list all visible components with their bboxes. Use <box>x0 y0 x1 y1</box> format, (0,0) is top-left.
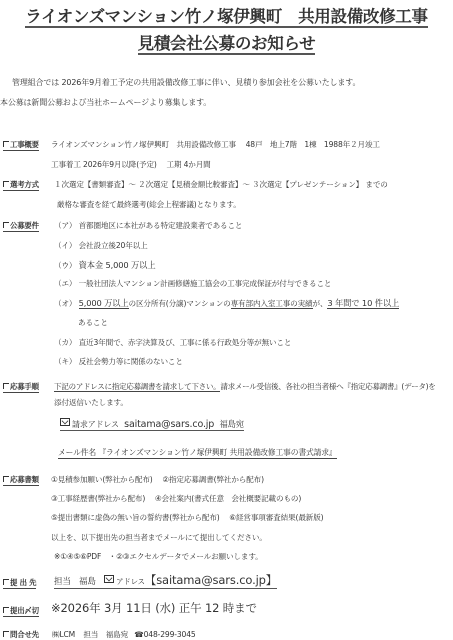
title-text-1: ライオンズマンション竹ノ塚伊興町 共用設備改修工事 <box>25 7 427 28</box>
documents-line-3: ⑤提出書類に虚偽の無い旨の誓約書(弊社から配布) ⑥経営事項審査結果(最新版) <box>51 512 323 523</box>
label-text: 問合せ先 <box>10 630 39 639</box>
label-text: 提 出 先 <box>10 578 36 587</box>
inquiry-row: ㈱LCM 担当 福島宛 ☎048-299-3045 <box>52 629 196 640</box>
checkbox-icon <box>3 607 9 613</box>
item-marker: （ア） <box>54 221 76 230</box>
selection-line-2: 厳格な審査を経て最終選考(総会上程審議)となります。 <box>57 199 241 210</box>
requirement-item: （エ） 一般社団法人マンション計画修繕施工協会の工事完成保証が付与できること <box>54 278 331 289</box>
documents-line-1: ①見積参加願い(弊社から配布) ②指定応募調書(弊社から配布) <box>51 474 264 485</box>
selection-line-1: １次選定【書類審査】～ ２次選定【見積金額比較審査】～ ３次選定【プレゼンテーシ… <box>54 179 388 190</box>
intro-line-2: 本公募は新聞公募および当社ホームページより募集します。 <box>0 97 211 108</box>
item-text: 首都圏地区に本社がある特定建設業者であること <box>79 221 243 230</box>
item-text-emphasis: 3 年間で 10 件以上 <box>327 298 399 309</box>
procedure-line-2: 添付返信いたします。 <box>54 397 128 408</box>
request-addressee: 福島宛 <box>219 419 243 429</box>
item-text: の区分所有(分譲)マンションの <box>129 299 231 308</box>
mail-subject: メール件名 『ライオンズマンション竹ノ塚伊興町 共用設備改修工事の書式請求』 <box>58 447 337 459</box>
request-address-row: 請求アドレス saitama@sars.co.jp 福島宛 <box>60 418 244 431</box>
requirement-item: （キ） 反社会勢力等に関係のないこと <box>54 356 183 367</box>
intro-line-1: 管理組合では 2026年9月着工予定の共用設備改修工事に伴い、見積り参加会社を公… <box>12 77 360 88</box>
item-marker: （カ） <box>54 338 76 347</box>
section-label-overview: 工事概要 <box>3 139 39 151</box>
section-label-deadline: 提出〆切 <box>3 605 39 617</box>
checkbox-icon <box>3 383 9 389</box>
inquiry-company: ㈱LCM <box>52 630 75 639</box>
inquiry-phone[interactable]: 048-299-3045 <box>144 630 196 639</box>
label-text: 工事概要 <box>10 140 39 149</box>
label-text: 提出〆切 <box>10 606 39 615</box>
documents-line-5: ※①④⑤⑥PDF ・②③エクセルデータでメールお願いします。 <box>54 551 263 562</box>
checkbox-icon <box>3 222 9 228</box>
item-text: 反社会勢力等に関係のないこと <box>79 357 183 366</box>
section-label-procedure: 応募手順 <box>3 381 39 393</box>
procedure-detail: 請求メール受信後、各社の担当者様へ『指定応募調書』(データ)を <box>220 382 435 391</box>
item-text: 直近3年間で、赤字決算及び、工事に係る行政処分等が無いこと <box>79 338 292 347</box>
item-marker: （ウ） <box>54 261 76 270</box>
checkbox-icon <box>3 141 9 147</box>
submission-address-link[interactable]: 【saitama@sars.co.jp】 <box>145 573 277 587</box>
submission-row: 担当 福島 アドレス【saitama@sars.co.jp】 <box>54 572 277 589</box>
requirement-item: （カ） 直近3年間で、赤字決算及び、工事に係る行政処分等が無いこと <box>54 337 291 348</box>
page-title-line2: 見積会社公募のお知らせ <box>0 30 453 54</box>
page-title-line1: ライオンズマンション竹ノ塚伊興町 共用設備改修工事 <box>0 3 453 27</box>
documents-line-2: ③工事経歴書(弊社から配布) ④会社案内(書式任意 会社概要記載のもの) <box>51 493 301 504</box>
item-marker: （エ） <box>54 279 76 288</box>
label-text: 選考方式 <box>10 180 39 189</box>
checkbox-icon <box>3 476 9 482</box>
phone-icon: ☎ <box>134 630 143 639</box>
section-label-selection: 選考方式 <box>3 179 39 191</box>
checkbox-icon <box>3 181 9 187</box>
mail-icon <box>60 418 70 426</box>
item-marker: （オ） <box>54 299 76 308</box>
section-label-inquiry: 問合せ先 <box>3 629 39 640</box>
section-label-requirements: 公募要件 <box>3 220 39 232</box>
label-text: 公募要件 <box>10 221 39 230</box>
requirement-item-continuation: あること <box>78 317 108 328</box>
requirement-item: （イ） 会社設立後20年以上 <box>54 240 148 251</box>
label-text: 応募手順 <box>10 382 39 391</box>
requirement-item: （ア） 首都圏地区に本社がある特定建設業者であること <box>54 220 242 231</box>
item-text: 会社設立後20年以上 <box>79 241 148 250</box>
procedure-instruction: 下記のアドレスに指定応募調書を請求して下さい。 <box>54 382 220 392</box>
item-text: 一般社団法人マンション計画修繕施工協会の工事完成保証が付与できること <box>79 279 332 288</box>
inquiry-contact: 担当 福島宛 <box>83 630 128 639</box>
item-text: 資本金 5,000 万以上 <box>79 260 156 270</box>
request-address-label: 請求アドレス <box>72 420 119 429</box>
item-marker: （イ） <box>54 241 76 250</box>
requirement-item: （ウ） 資本金 5,000 万以上 <box>54 259 155 271</box>
item-text-emphasis: 専有部内入室工事の実績 <box>231 299 313 309</box>
label-text: 応募書類 <box>10 475 39 484</box>
item-text-emphasis: 5,000 万以上 <box>79 298 129 309</box>
overview-line-1: ライオンズマンション竹ノ塚伊興町 共用設備改修工事 48戸 地上7階 1棟 19… <box>51 139 380 150</box>
section-label-submission: 提 出 先 <box>3 577 36 589</box>
procedure-line-1: 下記のアドレスに指定応募調書を請求して下さい。請求メール受信後、各社の担当者様へ… <box>54 381 436 392</box>
checkbox-icon <box>3 579 9 585</box>
documents-line-4: 以上を、以下提出先の担当者までメールにて提出してください。 <box>51 532 267 543</box>
item-text: が、 <box>313 299 328 308</box>
overview-line-2: 工事着工 2026年9月以降(予定) 工期 4か月間 <box>51 159 211 170</box>
section-label-documents: 応募書類 <box>3 474 39 486</box>
submission-address-label: アドレス <box>116 577 145 586</box>
submission-contact: 担当 福島 <box>54 577 104 587</box>
checkbox-icon <box>3 631 9 637</box>
request-address-link[interactable]: saitama@sars.co.jp <box>124 419 214 430</box>
requirement-item: （オ） 5,000 万以上の区分所有(分譲)マンションの専有部内入室工事の実績が… <box>54 297 399 309</box>
title-text-2: 見積会社公募のお知らせ <box>138 34 316 55</box>
mail-icon <box>104 575 114 583</box>
deadline-text: ※2026年 3月 11日 (水) 正午 12 時まで <box>51 600 257 616</box>
item-marker: （キ） <box>54 357 76 366</box>
